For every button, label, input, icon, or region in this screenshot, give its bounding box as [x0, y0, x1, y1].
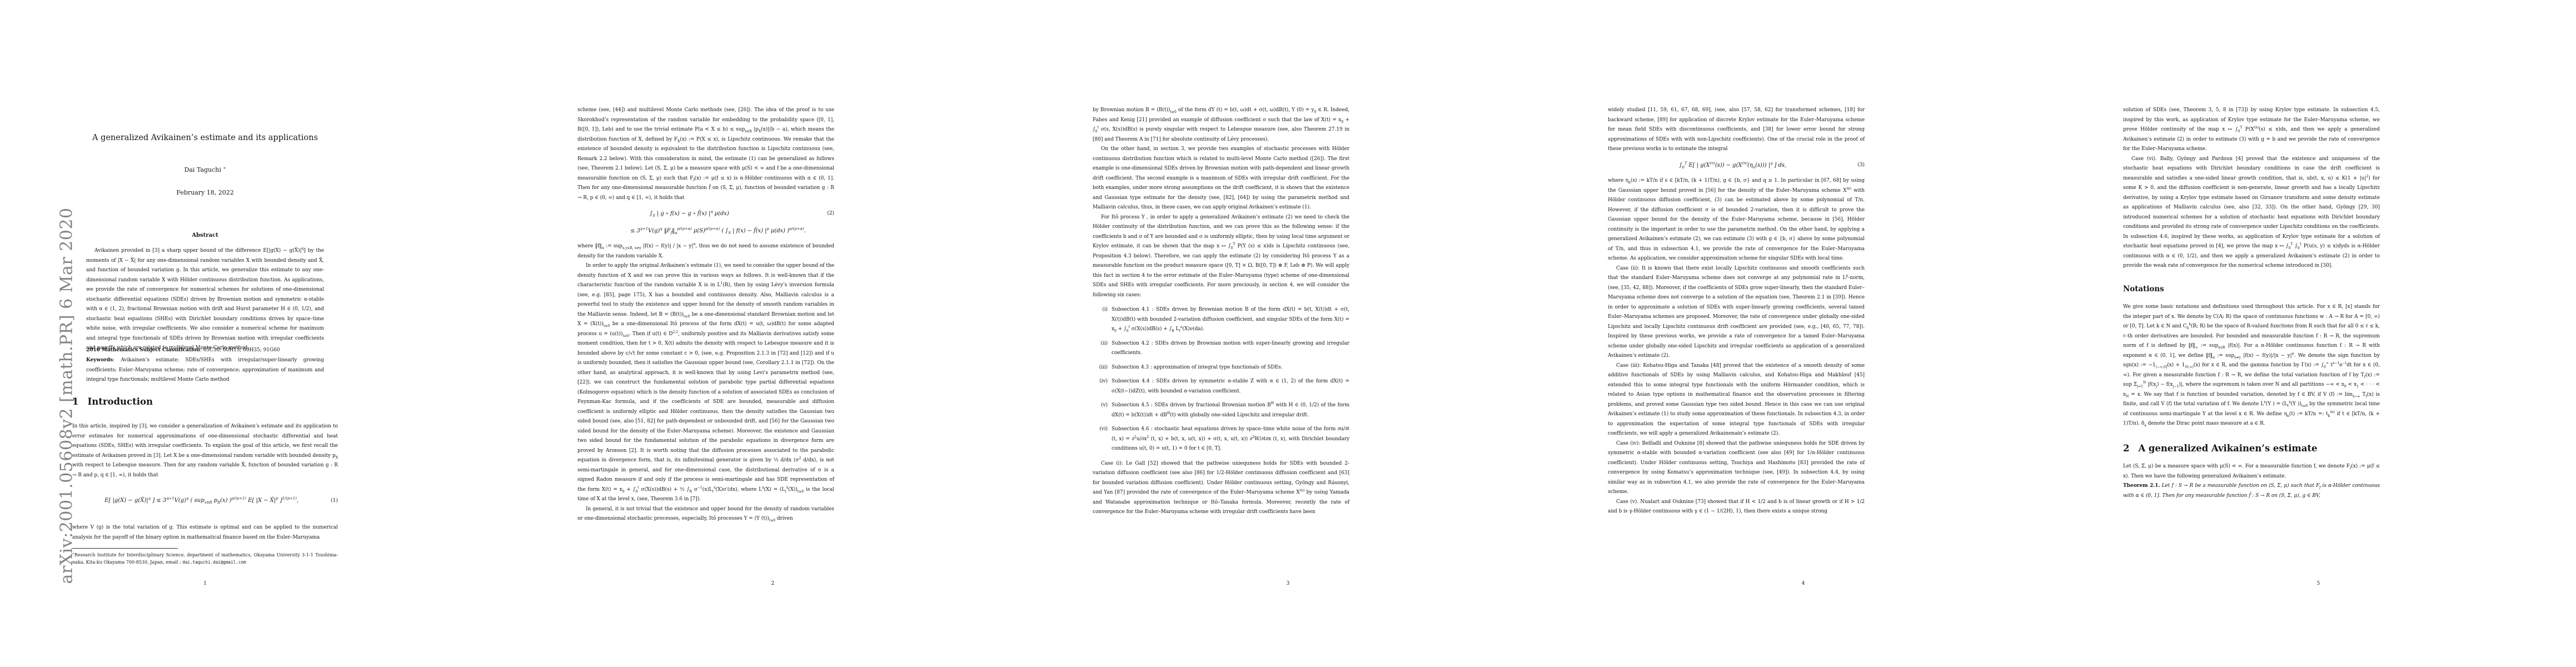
- page-2-column: scheme (see, [44]) and multilevel Monte …: [577, 106, 834, 524]
- abstract-text: Avikainen provided in [3] a sharp upper …: [86, 246, 324, 354]
- list-item: (iii) Subsection 4.3 : approximation of …: [1093, 363, 1349, 373]
- list-item: (i) Subsection 4.1 : SDEs driven by Brow…: [1093, 305, 1349, 335]
- equation-3-body: ∫0T E[ | g(X(n)(s)) − g(X(n)(ηn(s))) |q …: [1608, 161, 1857, 171]
- paragraph: Case (iv): Belfadli and Ouknine [8] show…: [1608, 439, 1865, 497]
- keywords-values: : Avikainen’s estimate; SDEs/SHEs with i…: [86, 357, 324, 382]
- footnote-rule: [72, 548, 178, 549]
- equation-1: E[ |g(X) − g(X̂)|q ] ≤ 3q+1V(g)q ( supx∈…: [72, 497, 338, 504]
- intro-paragraph: In this article, inspired by [3], we con…: [72, 422, 338, 480]
- theorem-text: Let f : S → R be a measurable function o…: [2123, 483, 2380, 499]
- keywords-label: Keywords: [86, 357, 113, 363]
- list-item: (vi) Subsection 4.6 : stochastic heat eq…: [1093, 425, 1349, 454]
- msc-values: : 65C30; 60H15; 60H35; 91G60: [200, 347, 280, 353]
- list-item-text: Subsection 4.1 : SDEs driven by Brownian…: [1112, 305, 1349, 335]
- list-item-label: (ii): [1093, 339, 1112, 359]
- paragraph: Case (v). Nualart and Ouknine [73] showe…: [1608, 497, 1865, 517]
- section-heading-introduction: 1Introduction: [72, 396, 338, 407]
- section-number: 2: [2123, 443, 2129, 454]
- equation-2: ∫S | g ∘ f(x) − g ∘ f̂(x) |q μ(dx) (2) ≤…: [577, 209, 834, 236]
- paragraph: In general, it is not trivial that the e…: [577, 505, 834, 524]
- list-item-label: (vi): [1093, 425, 1112, 454]
- equation-3-number: (3): [1857, 161, 1865, 171]
- author-line: Dai Taguchi ∗: [72, 166, 338, 173]
- theorem-2-1: Theorem 2.1. Let f : S → R be a measurab…: [2123, 481, 2380, 501]
- paragraph: We give some basic notations and definit…: [2123, 302, 2380, 429]
- page-number: 2: [515, 581, 1030, 586]
- page-2: scheme (see, [44]) and multilevel Monte …: [515, 0, 1030, 667]
- list-item-label: (v): [1093, 401, 1112, 420]
- paragraph: where ‖f‖α := supx,y∈R, x≠y |f(x) − f(y)…: [577, 242, 834, 261]
- equation-1-body: E[ |g(X) − g(X̂)|q ] ≤ 3q+1V(g)q ( supx∈…: [72, 497, 331, 504]
- paragraph: solution of SDEs (see, Theorem 3, 5, 8 i…: [2123, 106, 2380, 155]
- equation-2-line-1: ∫S | g ∘ f(x) − g ∘ f̂(x) |q μ(dx): [577, 209, 827, 219]
- list-item-label: (iii): [1093, 363, 1112, 373]
- paragraph: Case (vi). Bally, Gyöngy and Pardoux [4]…: [2123, 155, 2380, 271]
- paragraph: Case (i): Le Gall [52] showed that the p…: [1093, 459, 1349, 517]
- paragraph: Case (iii): Kohatsu-Higa and Tanaka [48]…: [1608, 361, 1865, 439]
- page-3-column: by Brownian motion B = (B(t))t≥0 of the …: [1093, 106, 1349, 517]
- list-item: (iv) Subsection 4.4 : SDEs driven by sym…: [1093, 377, 1349, 396]
- list-item-label: (iv): [1093, 377, 1112, 396]
- paragraph: Case (ii): It is known that there exist …: [1608, 264, 1865, 361]
- paragraph: where ηn(s) := kT/n if s ∈ [kT/n, (k + 1…: [1608, 176, 1865, 264]
- equation-3: ∫0T E[ | g(X(n)(s)) − g(X(n)(ηn(s))) |q …: [1608, 161, 1865, 171]
- page-3: by Brownian motion B = (B(t))t≥0 of the …: [1030, 0, 1546, 667]
- date-line: February 18, 2022: [72, 189, 338, 196]
- paragraph: scheme (see, [44]) and multilevel Monte …: [577, 106, 834, 203]
- list-item-label: (i): [1093, 305, 1112, 335]
- section-heading-generalized-estimate: 2A generalized Avikainen’s estimate: [2123, 444, 2380, 454]
- notations-heading: Notations: [2123, 285, 2380, 295]
- page-number: 5: [2061, 581, 2576, 586]
- msc-line: 2010 Mathematics Subject Classification:…: [86, 346, 324, 356]
- page-number: 4: [1546, 581, 2061, 586]
- list-item-text: Subsection 4.2 : SDEs driven by Brownian…: [1112, 339, 1349, 359]
- paragraph: For Itô process Y , in order to apply a …: [1093, 213, 1349, 301]
- paragraph: by Brownian motion B = (B(t))t≥0 of the …: [1093, 106, 1349, 145]
- page-4-column: widely studied [11, 59, 61, 67, 68, 69],…: [1608, 106, 1865, 517]
- equation-2-number: (2): [827, 209, 834, 219]
- list-item: (ii) Subsection 4.2 : SDEs driven by Bro…: [1093, 339, 1349, 359]
- list-item-text: Subsection 4.4 : SDEs driven by symmetri…: [1112, 377, 1349, 396]
- list-item-text: Subsection 4.6 : stochastic heat equatio…: [1112, 425, 1349, 454]
- footnote: ∗Research Institute for Interdisciplinar…: [72, 552, 338, 566]
- page-4: widely studied [11, 59, 61, 67, 68, 69],…: [1546, 0, 2061, 667]
- case-list: (i) Subsection 4.1 : SDEs driven by Brow…: [1093, 305, 1349, 454]
- page-number: 1: [72, 581, 338, 586]
- paragraph: In order to apply the original Avikainen…: [577, 261, 834, 505]
- equation-2-line-2: ≤ 3q+1V(g)q ‖Ff‖αp/(p+α) μ(S)p/(p+α) ( ∫…: [577, 226, 834, 236]
- keywords-line: Keywords: Avikainen’s estimate; SDEs/SHE…: [86, 356, 324, 385]
- theorem-label: Theorem 2.1.: [2123, 483, 2160, 489]
- paper-title: A generalized Avikainen’s estimate and i…: [72, 133, 338, 142]
- page-5-column: solution of SDEs (see, Theorem 3, 5, 8 i…: [2123, 106, 2380, 501]
- paragraph: Let (S, Σ, μ) be a measure space with μ(…: [2123, 462, 2380, 481]
- section-number: 1: [72, 396, 78, 407]
- page-1: arXiv:2001.05608v2 [math.PR] 6 Mar 2020 …: [0, 0, 515, 667]
- section-title: Introduction: [87, 396, 153, 407]
- document-canvas: { "meta": { "watermark": "arXiv:2001.056…: [0, 0, 2576, 667]
- list-item-text: Subsection 4.3 : approximation of integr…: [1112, 363, 1349, 373]
- page-number: 3: [1030, 581, 1546, 586]
- abstract-heading: Abstract: [72, 232, 338, 238]
- page-5: solution of SDEs (see, Theorem 3, 5, 8 i…: [2061, 0, 2576, 667]
- list-item-text: Subsection 4.5 : SDEs driven by fraction…: [1112, 401, 1349, 420]
- section-title: A generalized Avikainen’s estimate: [2138, 443, 2317, 454]
- paragraph: where V (g) is the total variation of g.…: [72, 523, 338, 542]
- paragraph: Avikainen provided in [3] a sharp upper …: [86, 246, 324, 354]
- paragraph: In this article, inspired by [3], we con…: [72, 422, 338, 480]
- list-item: (v) Subsection 4.5 : SDEs driven by frac…: [1093, 401, 1349, 420]
- intro-paragraph-2: where V (g) is the total variation of g.…: [72, 523, 338, 542]
- msc-label: 2010 Mathematics Subject Classification: [86, 347, 200, 353]
- paragraph: widely studied [11, 59, 61, 67, 68, 69],…: [1608, 106, 1865, 155]
- paragraph: On the other hand, in section 3, we prov…: [1093, 145, 1349, 213]
- equation-1-number: (1): [331, 498, 338, 504]
